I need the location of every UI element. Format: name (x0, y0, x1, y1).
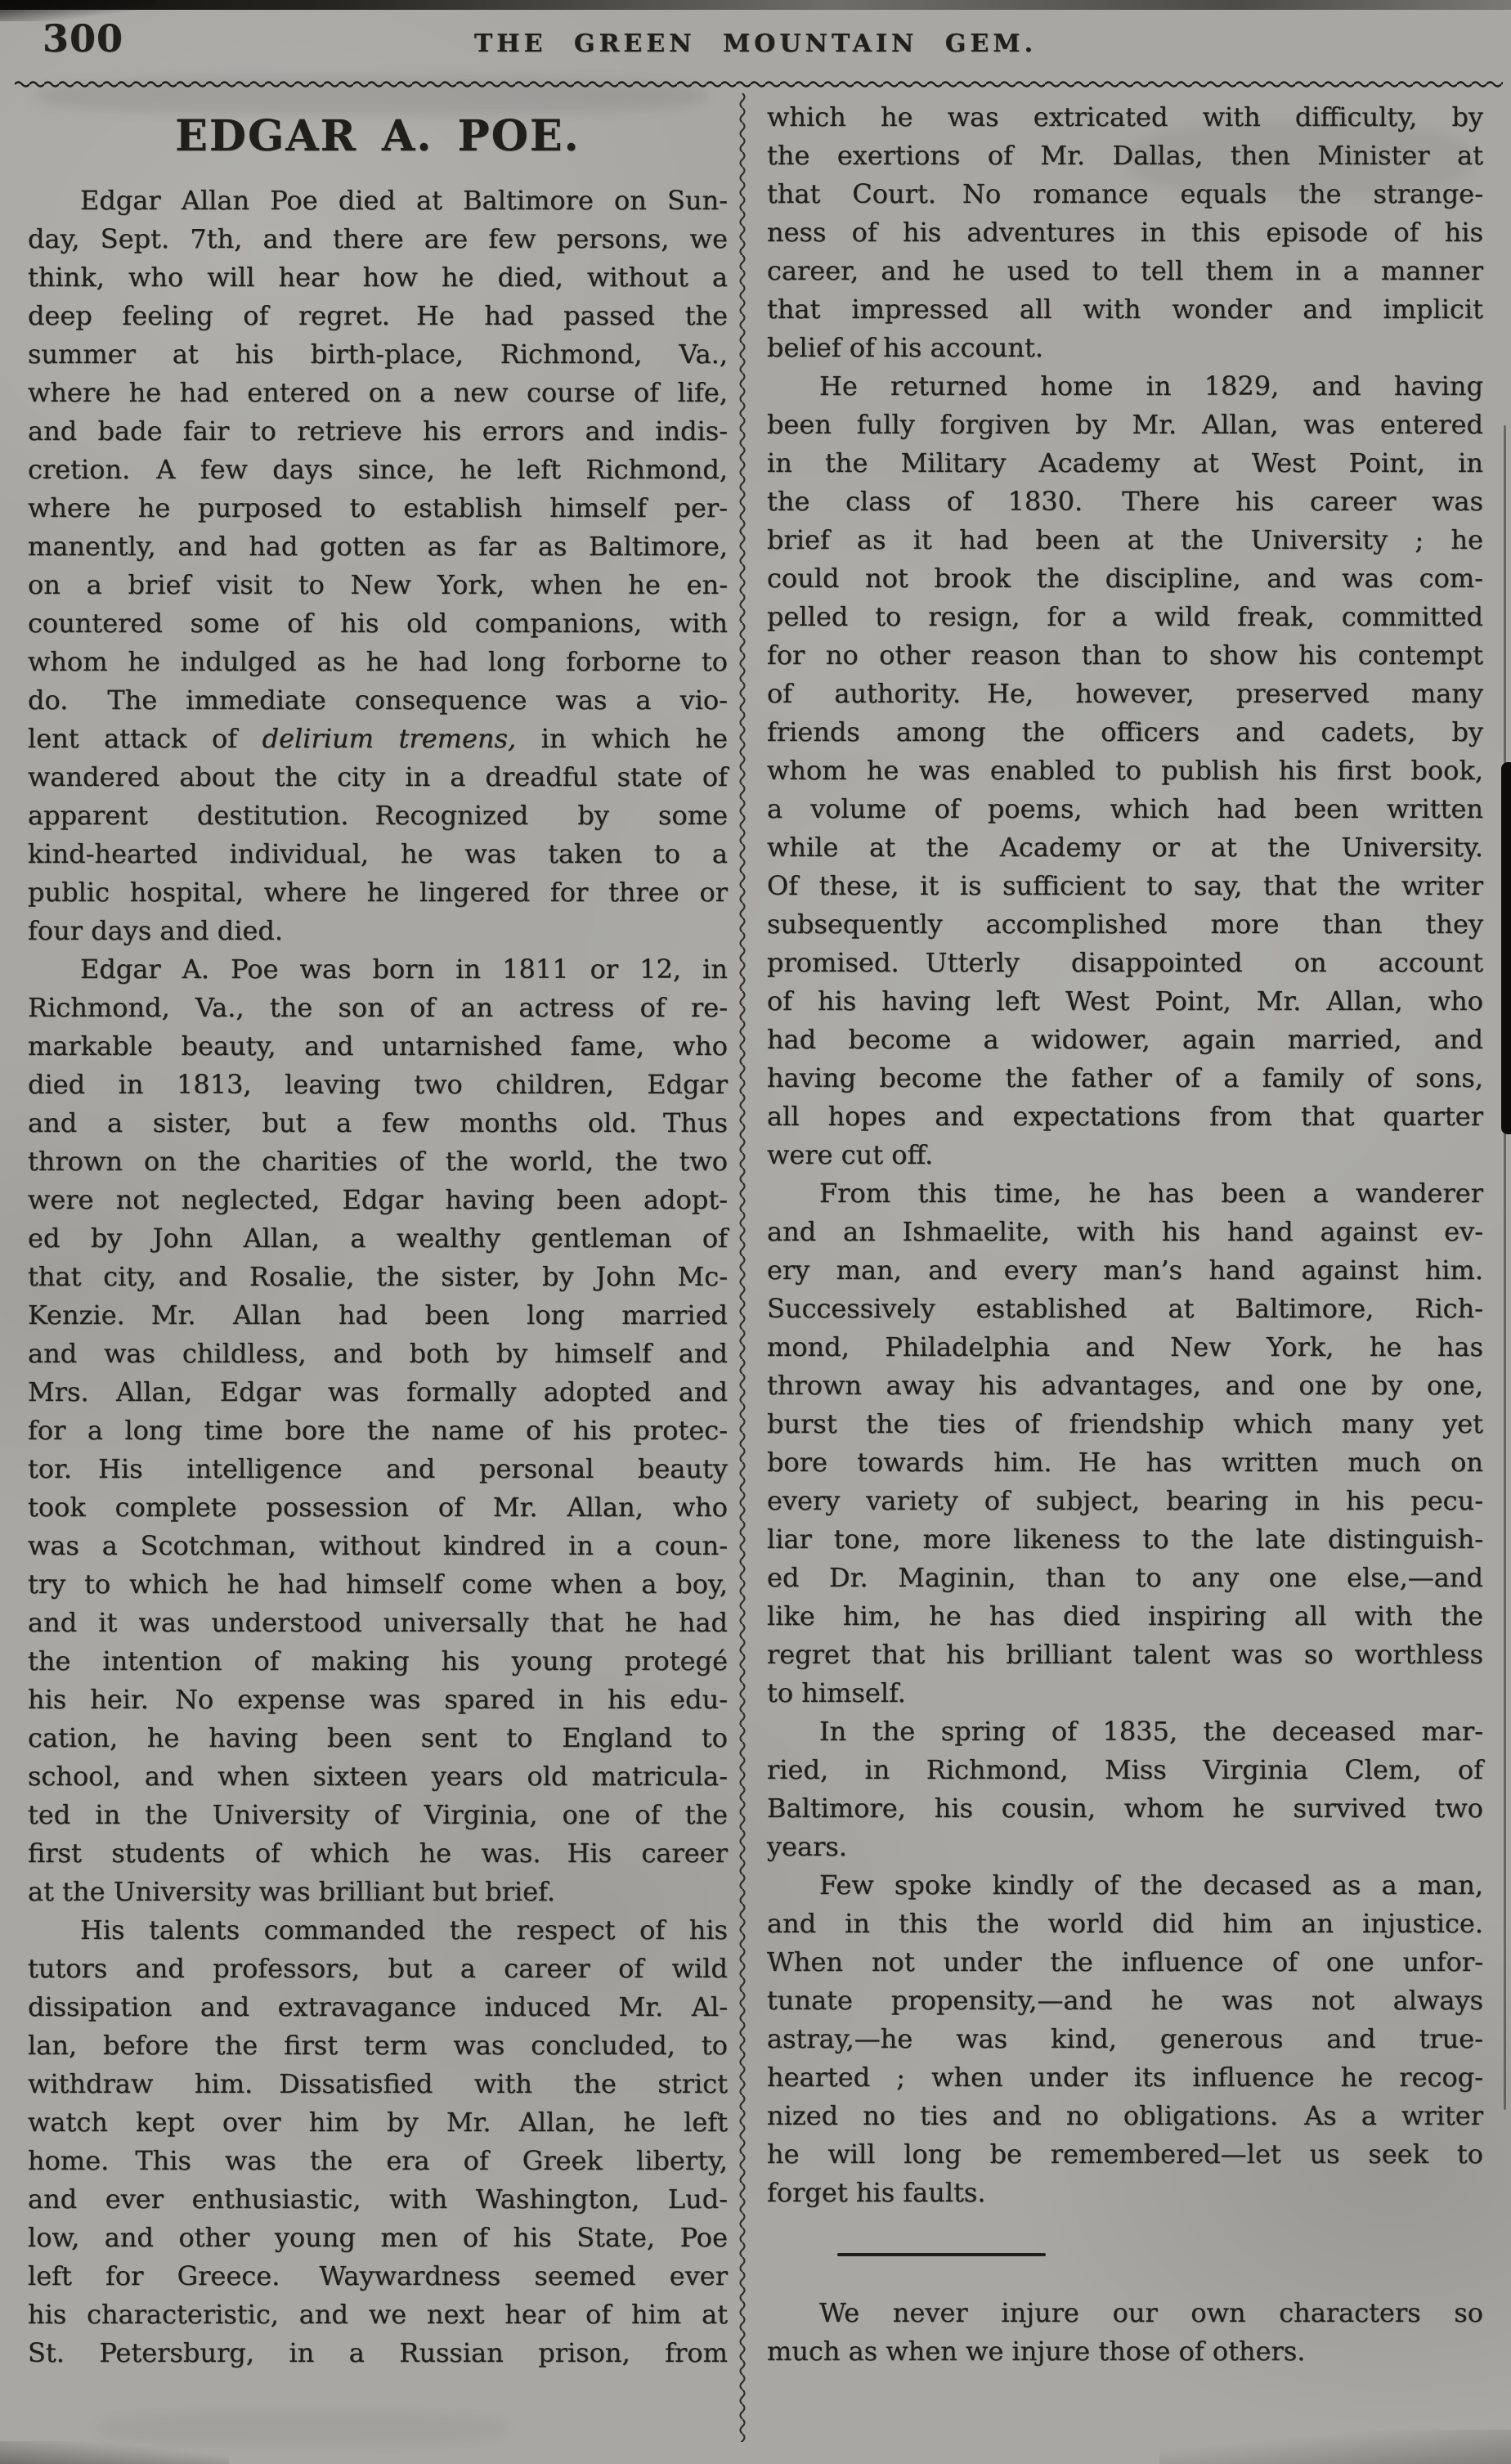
text-line: low, and other young men of his State, P… (28, 2219, 728, 2257)
text-line: four days and died. (28, 912, 728, 950)
text-line: the class of 1830. There his career was (767, 482, 1483, 521)
text-line: for a long time bore the name of his pro… (28, 1412, 728, 1450)
text-line: pelled to resign, for a wild freak, comm… (767, 598, 1483, 636)
text-line: and ever enthusiastic, with Washington, … (28, 2180, 728, 2219)
text-line: first students of which he was. His care… (28, 1834, 728, 1873)
text-line: died in 1813, leaving two children, Edga… (28, 1066, 728, 1104)
text-line: deep feeling of regret. He had passed th… (28, 297, 728, 335)
text-line: do. The immediate consequence was a vio- (28, 681, 728, 720)
text-line: was a Scotchman, without kindred in a co… (28, 1527, 728, 1565)
text-line: all hopes and expectations from that qua… (767, 1097, 1483, 1136)
aphorism-text: We never injure our own characters somuc… (767, 2294, 1483, 2371)
text-line: tutors and professors, but a career of w… (28, 1950, 728, 1988)
text-line: Few spoke kindly of the decased as a man… (767, 1866, 1483, 1905)
text-line: Successively established at Baltimore, R… (767, 1290, 1483, 1328)
text-line: of authority. He, however, preserved man… (767, 675, 1483, 713)
text-line: years. (767, 1828, 1483, 1866)
right-column: which he was extricated with difficulty,… (767, 98, 1483, 2371)
text-line: ried, in Richmond, Miss Virginia Clem, o… (767, 1751, 1483, 1789)
text-line: on a brief visit to New York, when he en… (28, 566, 728, 604)
text-line: of his having left West Point, Mr. Allan… (767, 982, 1483, 1021)
text-line: whom he indulged as he had long forborne… (28, 643, 728, 681)
text-line: Edgar A. Poe was born in 1811 or 12, in (28, 950, 728, 989)
text-line: astray,—he was kind, generous and true- (767, 2020, 1483, 2058)
text-line: ness of his adventures in this episode o… (767, 213, 1483, 252)
text-line: and in this the world did him an injusti… (767, 1905, 1483, 1943)
text-line: had become a widower, again married, and (767, 1021, 1483, 1059)
text-line: career, and he used to tell them in a ma… (767, 252, 1483, 290)
text-line: where he purposed to establish himself p… (28, 489, 728, 527)
text-line: a volume of poems, which had been writte… (767, 790, 1483, 828)
scan-smudge (36, 77, 706, 114)
text-line: school, and when sixteen years old matri… (28, 1757, 728, 1796)
text-line: whom he was enabled to publish his first… (767, 752, 1483, 790)
text-line: hearted ; when under its influence he re… (767, 2058, 1483, 2097)
scanned-page: 300 THE GREEN MOUNTAIN GEM. EDGAR A. POE… (0, 0, 1511, 2464)
text-line: that impressed all with wonder and impli… (767, 290, 1483, 329)
text-line: wandered about the city in a dreadful st… (28, 758, 728, 797)
text-line: at the University was brilliant but brie… (28, 1873, 728, 1911)
text-line: took complete possession of Mr. Allan, w… (28, 1488, 728, 1527)
text-line: think, who will hear how he died, withou… (28, 258, 728, 297)
left-column-text: Edgar Allan Poe died at Baltimore on Sun… (28, 182, 728, 2372)
text-line: his heir. No expense was spared in his e… (28, 1681, 728, 1719)
text-line: promised. Utterly disappointed on accoun… (767, 944, 1483, 982)
text-line: From this time, he has been a wanderer (767, 1174, 1483, 1213)
text-line: home. This was the era of Greek liberty, (28, 2142, 728, 2180)
text-line: summer at his birth-place, Richmond, Va.… (28, 335, 728, 374)
scan-smudge (1128, 123, 1472, 196)
scan-edge-bottom-right (1159, 2430, 1511, 2464)
text-line: while at the Academy or at the Universit… (767, 828, 1483, 867)
section-divider-rule (837, 2253, 1046, 2256)
masthead-title: THE GREEN MOUNTAIN GEM. (0, 29, 1511, 58)
text-line: and it was understood universally that h… (28, 1604, 728, 1642)
right-column-text: which he was extricated with difficulty,… (767, 98, 1483, 2212)
text-line: could not brook the discipline, and was … (767, 559, 1483, 598)
text-line: and was childless, and both by himself a… (28, 1335, 728, 1373)
text-line: withdraw him. Dissatisfied with the stri… (28, 2065, 728, 2103)
text-line: where he had entered on a new course of … (28, 374, 728, 412)
text-line: kind-hearted individual, he was taken to… (28, 835, 728, 873)
text-line: St. Petersburg, in a Russian prison, fro… (28, 2334, 728, 2372)
text-line: tunate propensity,—and he was not always (767, 1982, 1483, 2020)
text-line: Mrs. Allan, Edgar was formally adopted a… (28, 1373, 728, 1412)
text-line: and bade fair to retrieve his errors and… (28, 412, 728, 451)
text-line: public hospital, where he lingered for t… (28, 873, 728, 912)
article-title: EDGAR A. POE. (28, 111, 728, 162)
text-line: mond, Philadelphia and New York, he has (767, 1328, 1483, 1367)
text-line: watch kept over him by Mr. Allan, he lef… (28, 2103, 728, 2142)
text-line: brief as it had been at the University ;… (767, 521, 1483, 559)
scan-edge-bottom-left (0, 2441, 229, 2464)
text-line: markable beauty, and untarnished fame, w… (28, 1027, 728, 1066)
text-line: apparent destitution. Recognized by some (28, 797, 728, 835)
text-line: been fully forgiven by Mr. Allan, was en… (767, 406, 1483, 444)
text-line: he will long be remembered—let us seek t… (767, 2135, 1483, 2174)
text-line: In the spring of 1835, the deceased mar- (767, 1712, 1483, 1751)
text-line: day, Sept. 7th, and there are few person… (28, 220, 728, 258)
text-line: ed Dr. Maginin, than to any one else,—an… (767, 1559, 1483, 1597)
text-line: having become the father of a family of … (767, 1059, 1483, 1097)
text-line: His talents commanded the respect of his (28, 1911, 728, 1950)
text-line: We never injure our own characters so (767, 2294, 1483, 2332)
text-line: bore towards him. He has written much on (767, 1443, 1483, 1482)
text-line: were cut off. (767, 1136, 1483, 1174)
text-line: ed by John Allan, a wealthy gentleman of (28, 1219, 728, 1258)
text-line: cation, he having been sent to England t… (28, 1719, 728, 1757)
text-line: Kenzie. Mr. Allan had been long married (28, 1296, 728, 1335)
scan-edge-top (0, 0, 1511, 10)
text-line: Baltimore, his cousin, whom he survived … (767, 1789, 1483, 1828)
text-line: and a sister, but a few months old. Thus (28, 1104, 728, 1142)
wavy-divider-vertical (738, 93, 747, 2442)
text-line: forget his faults. (767, 2174, 1483, 2212)
text-line: ery man, and every man’s hand against hi… (767, 1251, 1483, 1290)
text-line: countered some of his old companions, wi… (28, 604, 728, 643)
text-line: try to which he had himself come when a … (28, 1565, 728, 1604)
text-line: liar tone, more likeness to the late dis… (767, 1520, 1483, 1559)
text-line: tor. His intelligence and personal beaut… (28, 1450, 728, 1488)
text-line: Of these, it is sufficient to say, that … (767, 867, 1483, 905)
text-line: the intention of making his young proteg… (28, 1642, 728, 1681)
text-line: thrown on the charities of the world, th… (28, 1142, 728, 1181)
text-line: dissipation and extravagance induced Mr.… (28, 1988, 728, 2026)
scan-edge-right-line (1504, 425, 1506, 2110)
text-line: to himself. (767, 1674, 1483, 1712)
text-line: subsequently accomplished more than they (767, 905, 1483, 944)
text-line: When not under the influence of one unfo… (767, 1943, 1483, 1982)
text-line: in the Military Academy at West Point, i… (767, 444, 1483, 482)
text-line: nized no ties and no obligations. As a w… (767, 2097, 1483, 2135)
text-line: Richmond, Va., the son of an actress of … (28, 989, 728, 1027)
text-line: Edgar Allan Poe died at Baltimore on Sun… (28, 182, 728, 220)
text-line: every variety of subject, bearing in his… (767, 1482, 1483, 1520)
text-line: like him, he has died inspiring all with… (767, 1597, 1483, 1636)
text-line: lan, before the first term was concluded… (28, 2026, 728, 2065)
text-line: regret that his brilliant talent was so … (767, 1636, 1483, 1674)
text-line: manently, and had gotten as far as Balti… (28, 527, 728, 566)
text-line: left for Greece. Waywardness seemed ever (28, 2257, 728, 2296)
text-line: ted in the University of Virginia, one o… (28, 1796, 728, 1834)
text-line: that city, and Rosalie, the sister, by J… (28, 1258, 728, 1296)
text-line: He returned home in 1829, and having (767, 367, 1483, 406)
text-line: thrown away his advantages, and one by o… (767, 1367, 1483, 1405)
text-line: his characteristic, and we next hear of … (28, 2296, 728, 2334)
scan-smudge (98, 2412, 507, 2445)
text-line: were not neglected, Edgar having been ad… (28, 1181, 728, 1219)
text-line: and an Ishmaelite, with his hand against… (767, 1213, 1483, 1251)
text-line: belief of his account. (767, 329, 1483, 367)
scan-edge-right-blob (1501, 762, 1511, 1134)
text-line: friends among the officers and cadets, b… (767, 713, 1483, 752)
scan-edge-top-left (0, 0, 155, 21)
text-line: burst the ties of friendship which many … (767, 1405, 1483, 1443)
text-line: for no other reason than to show his con… (767, 636, 1483, 675)
text-line: cretion. A few days since, he left Richm… (28, 451, 728, 489)
left-column: EDGAR A. POE. Edgar Allan Poe died at Ba… (28, 108, 728, 2372)
text-line: much as when we injure those of others. (767, 2332, 1483, 2371)
text-line: lent attack of delirium tremens, in whic… (28, 720, 728, 758)
